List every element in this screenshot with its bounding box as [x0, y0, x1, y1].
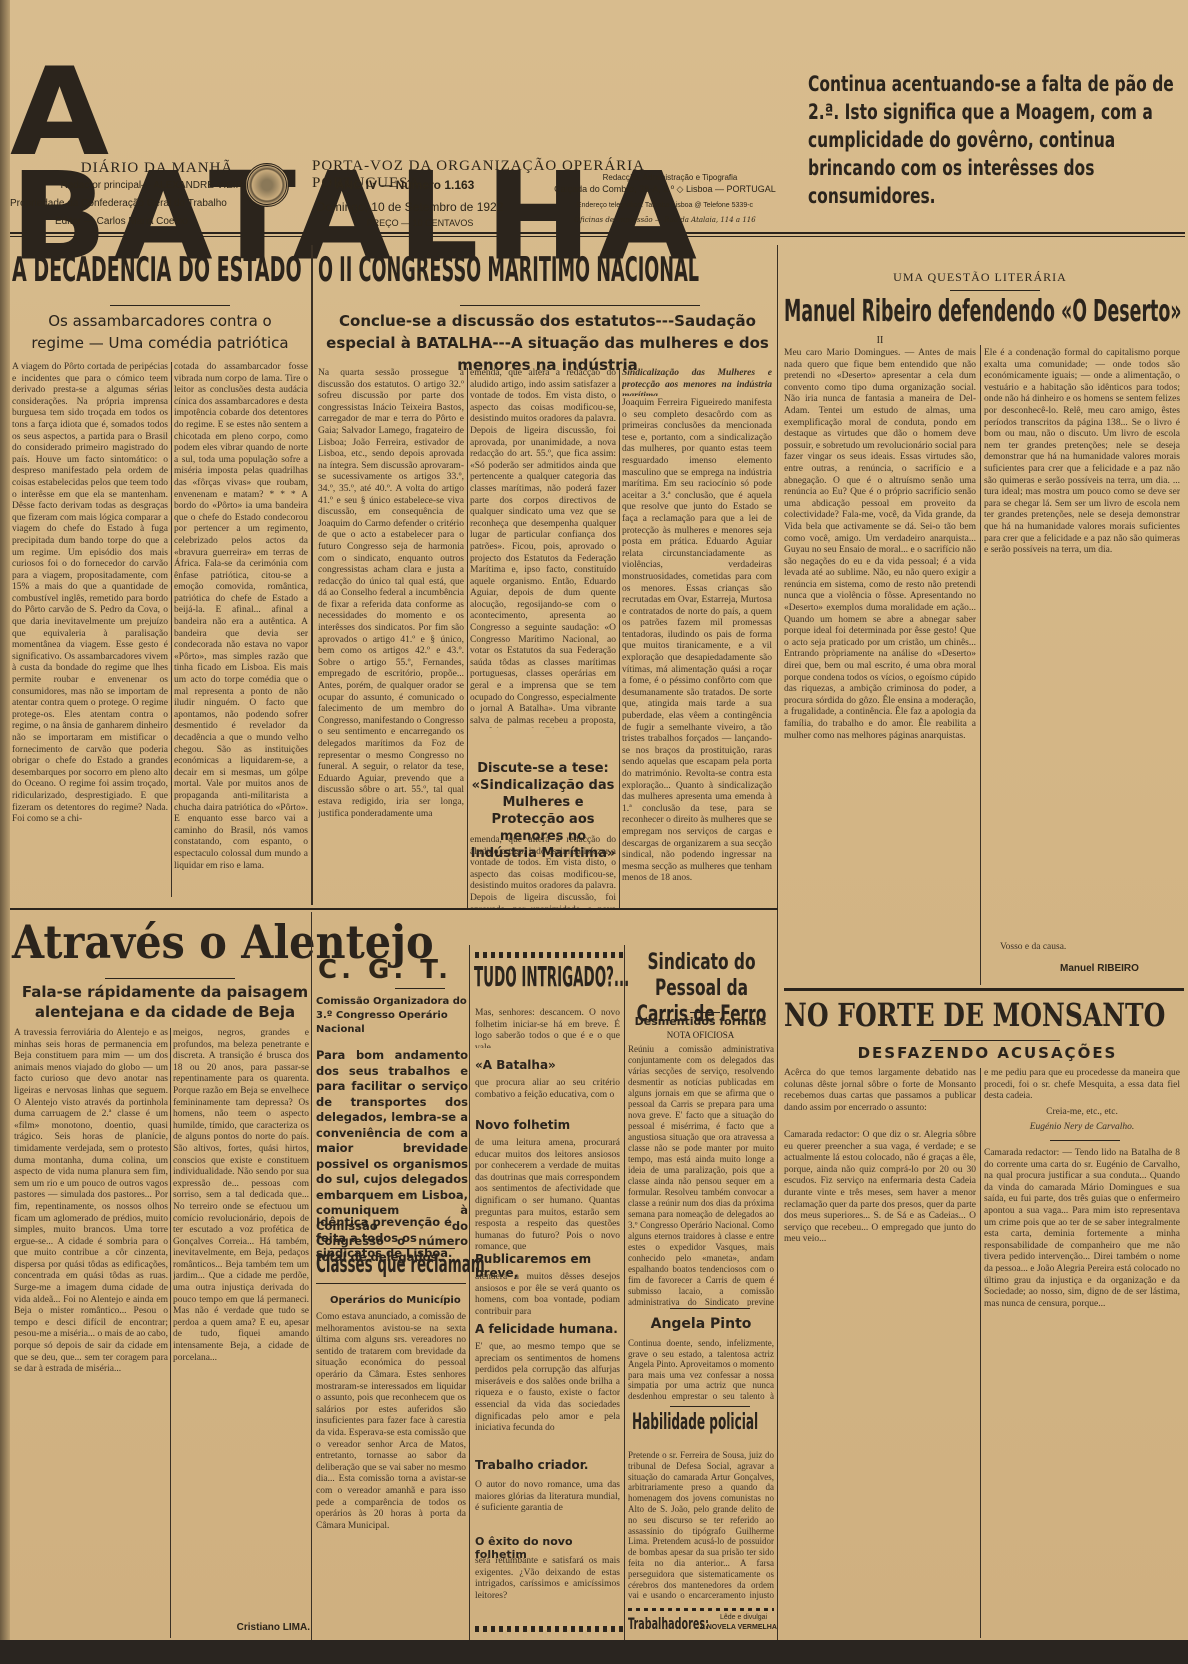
intrigado-p2: que procura aliar ao seu critério combat… — [475, 1078, 620, 1114]
alentejo-signature: Cristiano LIMA. — [200, 1622, 310, 1633]
column-rule — [467, 368, 468, 908]
headline-intrigado: TUDO INTRIGADO?... — [474, 960, 632, 993]
intrigado-label-1: «A Batalha» — [475, 1058, 620, 1072]
habilidade-body: Pretende o sr. Ferreira de Sousa, juiz d… — [628, 1450, 774, 1600]
headline-congresso: O II CONGRESSO MARITIMO NACIONAL — [318, 250, 776, 290]
carris-body: Reúniu a comissão administrativa conjunt… — [628, 1044, 774, 1306]
intrigado-label-4: A felicidade humana. — [475, 1322, 620, 1336]
divider — [395, 988, 445, 989]
binding-edge — [0, 0, 10, 1664]
divider — [1050, 1140, 1120, 1141]
divider-ornament — [670, 1406, 750, 1407]
article-alentejo-col1: A travessia ferroviária do Alentejo e as… — [14, 1028, 168, 1638]
article-congresso-col2: emenda, que altera a redacção do aludido… — [470, 368, 616, 728]
column-rule — [624, 945, 625, 1640]
column-rule — [311, 245, 313, 905]
masthead-subtitle: DIÁRIO DA MANHÃ — [62, 160, 252, 177]
masthead-redaccao: Redacção, Administração e Tipografia — [560, 173, 780, 182]
masthead-redactor: Redactor principal— ALEXANDRE VIEIRA — [30, 180, 280, 191]
monsanto-closing: Creia-me, etc., etc. — [984, 1107, 1180, 1119]
article-congresso-col1: Na quarta sessão prossegue a discussão d… — [318, 368, 464, 908]
article-decadencia-col1: A viagem do Pôrto cortada de peripécias … — [12, 362, 168, 897]
cgt-seal-icon — [245, 163, 289, 207]
monsanto-intro: Acêrca do que temos largamente debatido … — [784, 1068, 976, 1126]
monsanto-sig1: Eugénio Nery de Carvalho. — [984, 1122, 1180, 1134]
headline-decadencia: A DECADENCIA DO ESTADO — [12, 250, 314, 290]
divider — [690, 1012, 720, 1013]
monsanto-letter1-end: e me pediu para que eu procedesse da man… — [984, 1068, 1180, 1104]
bottom-strip-text: Lêde e divulgai — [720, 1614, 780, 1621]
intrigado-label-5: Trabalho criador. — [475, 1458, 620, 1472]
ornament-border — [475, 1626, 625, 1632]
divider — [316, 1283, 466, 1284]
issue-number: ANO IV — Número 1.163 — [330, 178, 480, 192]
subhead-cgt: Comissão Organizadora do 3.º Congresso O… — [316, 995, 468, 1037]
column-rule — [171, 362, 172, 897]
column-rule — [777, 245, 778, 1645]
issue-date: Domingo, 10 de Setembro de 1922 — [305, 200, 515, 214]
subhead-alentejo: Fala-se rápidamente da paisagem alenteja… — [20, 982, 310, 1022]
headline-classes: Classes que reclamam — [316, 1250, 484, 1278]
article-questao-col2: Êle é a condenação formal do capitalismo… — [984, 348, 1180, 938]
headline-monsanto: NO FORTE DE MONSANTO — [784, 996, 1174, 1034]
article-alentejo-col2: meigos, negros, grandes e profundos, ma … — [173, 1028, 309, 1618]
article-congresso-col3-title: Sindicalização das Mulheres e protecção … — [622, 368, 772, 396]
monsanto-letter2: Camarada redactor: — Tendo lido na Batal… — [984, 1148, 1180, 1638]
kicker-carris: NOTA OFICIOSA — [628, 1030, 773, 1040]
intrigado-p6: O autor do novo romance, uma das maiores… — [475, 1480, 620, 1528]
ornament-border — [475, 952, 625, 958]
headline-angela: Angela Pinto — [628, 1316, 774, 1332]
section-rule — [10, 908, 778, 910]
ornament-border — [628, 1608, 774, 1611]
monsanto-letter1: Camarada redactor: O que diz o sr. Alegr… — [784, 1130, 976, 1635]
angela-body: Continua doente, sendo, infelizmente, gr… — [628, 1338, 774, 1402]
masthead-rule — [10, 232, 1185, 234]
article-congresso-col2b: emenda, que altera a redacção do aludido… — [470, 835, 616, 908]
divider — [110, 305, 230, 306]
masthead-editor: Editor — Carlos Maria Coelho — [55, 216, 255, 227]
masthead-telegraph: Endereço telegráfico: Talhaba-Lisboa @ T… — [545, 202, 785, 209]
section-rule — [784, 988, 1184, 991]
article-questao-col1: Meu caro Mario Domingues. — Antes de mai… — [784, 348, 976, 988]
ear-box: Continua acentuando-se a falta de pão de… — [808, 70, 1177, 210]
divider — [930, 1040, 1060, 1041]
masthead-propriedade: Propriedade da Confederação Geral do Tra… — [10, 198, 270, 209]
intrigado-p5: E' que, ao mesmo tempo que se apreciam o… — [475, 1342, 620, 1450]
column-rule — [619, 368, 620, 908]
column-rule — [980, 1068, 981, 1638]
divider-ornament — [670, 1308, 750, 1309]
classes-body: Como estava anunciado, a comissão de mel… — [316, 1312, 466, 1637]
subhead-classes: Operários do Município — [330, 1295, 470, 1306]
divider — [950, 290, 1040, 291]
divider — [460, 305, 700, 306]
headline-habilidade: Habilidade policial — [632, 1410, 775, 1435]
subhead-monsanto: DESFAZENDO ACUSAÇÕES — [790, 1044, 1185, 1062]
masthead-title: A BATALHA — [10, 61, 740, 166]
divider — [105, 978, 235, 979]
intrigado-p3: de uma leitura amena, procurará educar m… — [475, 1138, 620, 1250]
masthead-rule-thin — [10, 236, 1185, 237]
column-rule — [980, 345, 981, 985]
headline-cgt: C. G. T. — [318, 955, 468, 985]
subhead-carris: Desmentidos formais — [628, 1015, 773, 1028]
kicker-questao: UMA QUESTÃO LITERÁRIA — [780, 270, 1180, 285]
issue-price: PREÇO — 10 CENTAVOS — [360, 218, 480, 228]
headline-alentejo: Através o Alentejo — [12, 915, 318, 969]
scan-bottom-edge — [0, 1640, 1188, 1664]
subhead-congresso: Conclue-se a discussão dos estatutos---S… — [320, 310, 775, 376]
newspaper-page: A BATALHA DIÁRIO DA MANHÃ Redactor princ… — [0, 0, 1188, 1664]
article-decadencia-col2: cotada do assambarcador fosse vibrada nu… — [174, 362, 308, 897]
intrigado-label-2: Novo folhetim — [475, 1118, 620, 1132]
intrigado-p7: será retumbante e satisfará os mais exig… — [475, 1556, 620, 1626]
questao-signature: Manuel RIBEIRO — [1060, 963, 1180, 974]
column-rule — [170, 1028, 171, 1638]
headline-questao: Manuel Ribeiro defendendo «O Deserto» — [784, 294, 1188, 329]
intrigado-p4: atenderá a muitos dêsses desejos ansioso… — [475, 1272, 620, 1320]
part-number: II — [780, 335, 980, 346]
article-congresso-col3: Joaquim Ferreira Figueiredo manifesta o … — [622, 398, 772, 908]
column-rule — [469, 945, 470, 1640]
questao-signoff: Vosso e da causa. — [1000, 942, 1160, 956]
divider-ornament — [330, 1248, 455, 1249]
intrigado-p1: Mas, senhores: descancem. O novo folheti… — [475, 1008, 620, 1048]
masthead-oficinas: Oficinas de impressão — Rua da Atalaia, … — [545, 216, 785, 224]
subhead-decadencia: Os assambarcadores contra o regime — Uma… — [25, 310, 295, 354]
bottom-strip-text2: A NOVELA VERMELHA — [700, 1624, 780, 1631]
masthead-address: Calçada do Combro, 38-A, 2.º ◇ Lisboa — … — [540, 184, 790, 195]
column-rule — [311, 912, 312, 1642]
